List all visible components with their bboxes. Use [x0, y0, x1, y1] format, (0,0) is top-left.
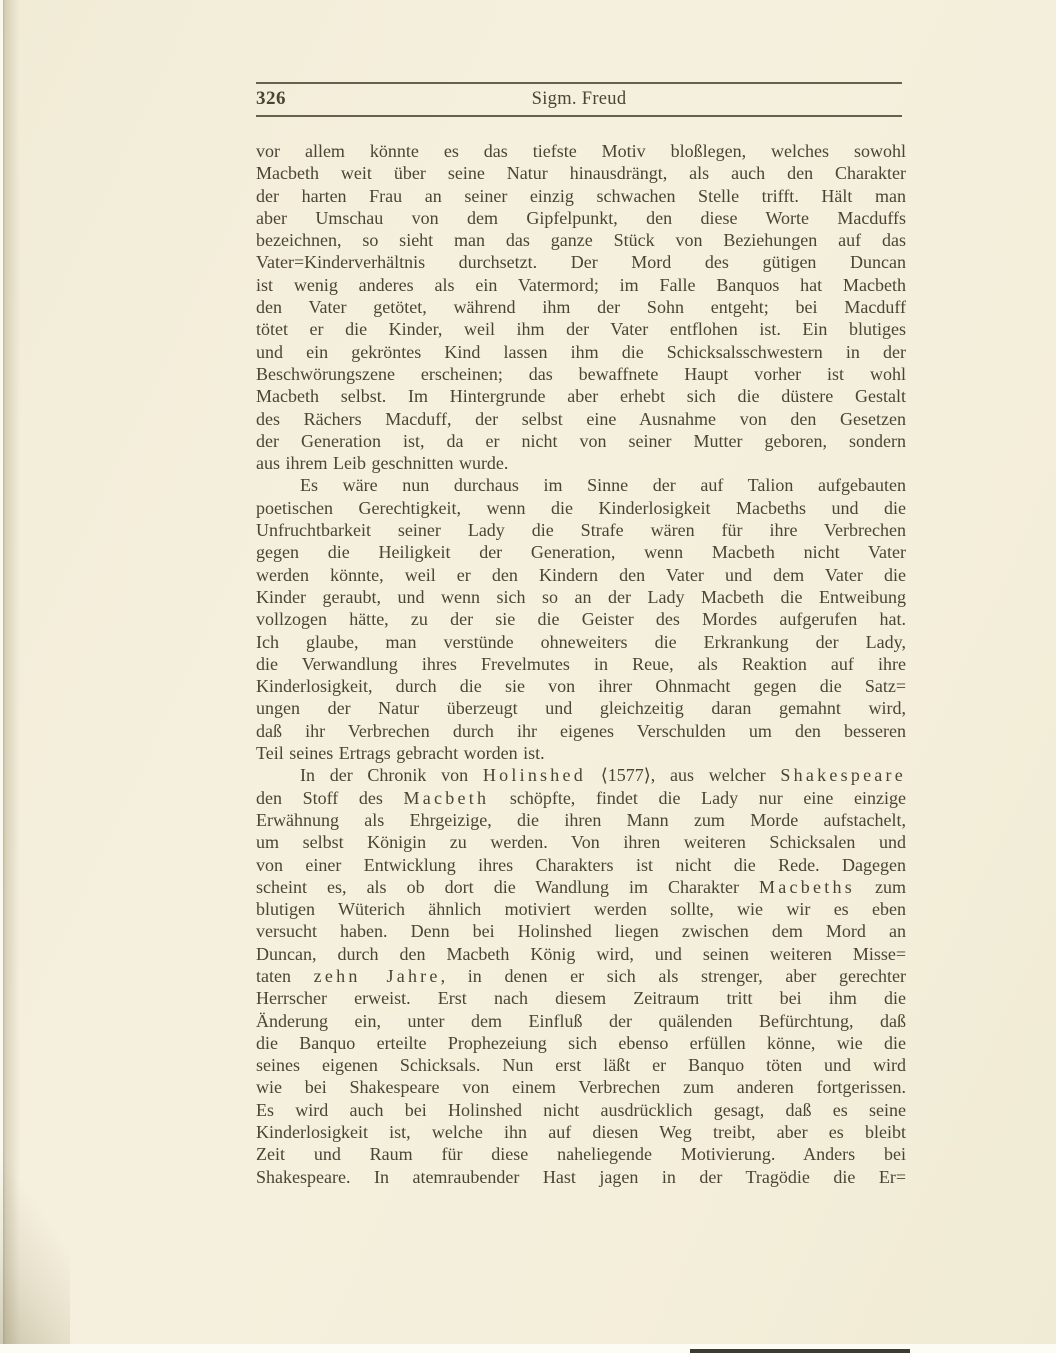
text-line: wie bei Shakespeare von einem Verbrechen…	[256, 1076, 906, 1098]
text-line: ist wenig anderes als ein Vatermord; im …	[256, 274, 906, 296]
text-line: poetischen Gerechtigkeit, wenn die Kinde…	[256, 497, 906, 519]
letterspaced-text: Macbeth	[404, 788, 490, 808]
text-line: versucht haben. Denn bei Holinshed liege…	[256, 920, 906, 942]
page-number: 326	[256, 88, 286, 110]
text-line: aber Umschau von dem Gipfelpunkt, den di…	[256, 207, 906, 229]
text-line: Teil seines Ertrags gebracht worden ist.	[256, 742, 906, 764]
text-line: den Stoff des Macbeth schöpfte, findet d…	[256, 787, 906, 809]
header-row: 326 Sigm. Freud	[256, 84, 902, 115]
text-line: Unfruchtbarkeit seiner Lady die Strafe w…	[256, 519, 906, 541]
text-line: von einer Entwicklung ihres Charakters i…	[256, 854, 906, 876]
letterspaced-text: Holinshed	[483, 765, 586, 785]
running-title: Sigm. Freud	[532, 89, 627, 110]
text-line: Kinder geraubt, und wenn sich so an der …	[256, 586, 906, 608]
letterspaced-text: Shakespeare	[780, 765, 906, 785]
text-line: Ich glaube, man verstünde ohneweiters di…	[256, 631, 906, 653]
paragraph: In der Chronik von Holinshed ⟨1577⟩, aus…	[256, 764, 906, 1188]
text-segment: , in denen er sich als strenger, aber ge…	[441, 966, 906, 986]
text-line: Es wird auch bei Holinshed nicht ausdrüc…	[256, 1099, 906, 1121]
text-line: Kinderlosigkeit, durch die sie von ihrer…	[256, 675, 906, 697]
text-line: Vater=Kinderverhältnis durchsetzt. Der M…	[256, 251, 906, 273]
text-line: Kinderlosigkeit ist, welche ihn auf dies…	[256, 1121, 906, 1143]
text-line: Macbeth selbst. Im Hintergrunde aber erh…	[256, 385, 906, 407]
text-line: Shakespeare. In atemraubender Hast jagen…	[256, 1166, 906, 1188]
text-line: tötet er die Kinder, weil ihm der Vater …	[256, 318, 906, 340]
text-line: vor allem könnte es das tiefste Motiv bl…	[256, 140, 906, 162]
text-line: die Banquo erteilte Prophezeiung sich eb…	[256, 1032, 906, 1054]
text-line: werden könnte, weil er den Kindern den V…	[256, 564, 906, 586]
page-header: 326 Sigm. Freud	[256, 82, 902, 117]
letterspaced-text: zehn Jahre	[314, 966, 441, 986]
text-segment: den Stoff des	[256, 788, 404, 808]
text-line: Macbeth weit über seine Natur hinausdrän…	[256, 162, 906, 184]
text-line: Beschwörungszene erscheinen; das bewaffn…	[256, 363, 906, 385]
text-line: aus ihrem Leib geschnitten wurde.	[256, 452, 906, 474]
paragraph: vor allem könnte es das tiefste Motiv bl…	[256, 140, 906, 474]
text-line: taten zehn Jahre, in denen er sich als s…	[256, 965, 906, 987]
text-line: Es wäre nun durchaus im Sinne der auf Ta…	[256, 474, 906, 496]
text-segment: taten	[256, 966, 314, 986]
text-line: vollzogen hätte, zu der sie die Geister …	[256, 608, 906, 630]
scanned-page: 326 Sigm. Freud vor allem könnte es das …	[0, 0, 1056, 1353]
text-line: seines eigenen Schicksals. Nun erst läßt…	[256, 1054, 906, 1076]
text-line: Zeit und Raum für diese naheliegende Mot…	[256, 1143, 906, 1165]
text-line: bezeichnen, so sieht man das ganze Stück…	[256, 229, 906, 251]
header-rule-bottom	[256, 115, 902, 117]
text-segment: zum	[855, 877, 906, 897]
text-line: scheint es, als ob dort die Wandlung im …	[256, 876, 906, 898]
text-segment: In der Chronik von	[300, 765, 483, 785]
paragraph: Es wäre nun durchaus im Sinne der auf Ta…	[256, 474, 906, 764]
text-line: Erwähnung als Ehrgeizige, die ihren Mann…	[256, 809, 906, 831]
text-line: um selbst Königin zu werden. Von ihren w…	[256, 831, 906, 853]
letterspaced-text: Macbeths	[759, 877, 855, 897]
text-line: blutigen Wüterich ähnlich motiviert werd…	[256, 898, 906, 920]
text-line: Duncan, durch den Macbeth König wird, un…	[256, 943, 906, 965]
text-line: des Rächers Macduff, der selbst eine Aus…	[256, 408, 906, 430]
text-line: der harten Frau an seiner einzig schwach…	[256, 185, 906, 207]
text-line: Änderung ein, unter dem Einfluß der quäl…	[256, 1010, 906, 1032]
text-line: gegen die Heiligkeit der Generation, wen…	[256, 541, 906, 563]
page-corner-shadow	[0, 1113, 70, 1353]
text-line: ungen der Natur überzeugt und gleichzeit…	[256, 697, 906, 719]
text-line: und ein gekröntes Kind lassen ihm die Sc…	[256, 341, 906, 363]
body-text: vor allem könnte es das tiefste Motiv bl…	[256, 140, 906, 1188]
page-bottom-edge-line	[690, 1349, 910, 1353]
text-segment: ⟨1577⟩, aus welcher	[586, 765, 780, 785]
text-segment: scheint es, als ob dort die Wandlung im …	[256, 877, 759, 897]
text-line: Herrscher erweist. Erst nach diesem Zeit…	[256, 987, 906, 1009]
text-line: der Generation ist, da er nicht von sein…	[256, 430, 906, 452]
text-line: den Vater getötet, während ihm der Sohn …	[256, 296, 906, 318]
text-line: In der Chronik von Holinshed ⟨1577⟩, aus…	[256, 764, 906, 786]
text-segment: schöpfte, findet die Lady nur eine einzi…	[489, 788, 906, 808]
text-line: daß ihr Verbrechen durch ihr eigenes Ver…	[256, 720, 906, 742]
text-line: die Verwandlung ihres Frevelmutes in Reu…	[256, 653, 906, 675]
